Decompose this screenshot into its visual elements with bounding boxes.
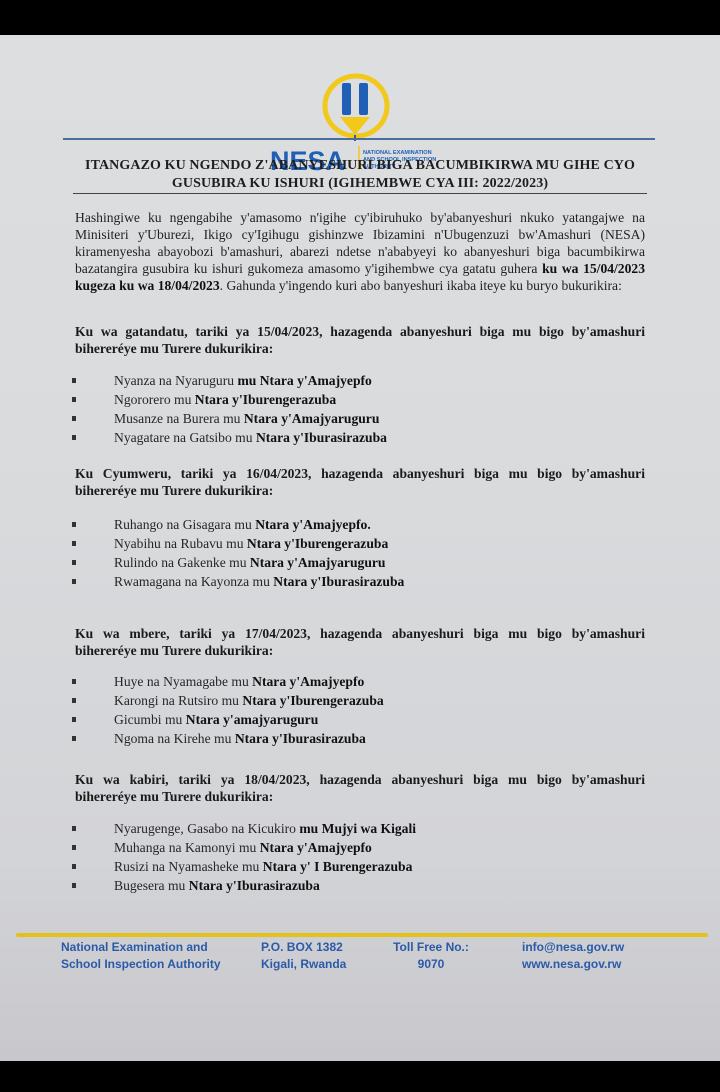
list-item: Nyarugenge, Gasabo na Kicukiro mu Mujyi … bbox=[72, 819, 592, 838]
bullet-icon bbox=[72, 717, 76, 722]
day-1-list: Nyanza na Nyaruguru mu Ntara y'Amajyepfo… bbox=[72, 371, 592, 447]
bullet-icon bbox=[72, 560, 76, 565]
footer-divider bbox=[16, 933, 708, 937]
list-item: Nyagatare na Gatsibo mu Ntara y'Iburasir… bbox=[72, 428, 592, 447]
bullet-icon bbox=[72, 679, 76, 684]
bullet-icon bbox=[72, 883, 76, 888]
bullet-icon bbox=[72, 397, 76, 402]
list-item: Rusizi na Nyamasheke mu Ntara y' I Buren… bbox=[72, 857, 592, 876]
list-item: Nyabihu na Rubavu mu Ntara y'Iburengeraz… bbox=[72, 534, 592, 553]
day-3-heading: Ku wa mbere, tariki ya 17/04/2023, hazag… bbox=[75, 625, 645, 659]
bullet-icon bbox=[72, 541, 76, 546]
bullet-icon bbox=[72, 826, 76, 831]
title-divider bbox=[73, 193, 647, 194]
footer-address: P.O. BOX 1382 Kigali, Rwanda bbox=[261, 939, 346, 973]
footer-toll-free: Toll Free No.: 9070 bbox=[392, 939, 470, 973]
bullet-icon bbox=[72, 378, 76, 383]
bullet-icon bbox=[72, 845, 76, 850]
document-title: ITANGAZO KU NGENDO Z'ABANYESHURI BIGA BA… bbox=[70, 157, 650, 193]
bullet-icon bbox=[72, 579, 76, 584]
list-item: Ruhango na Gisagara mu Ntara y'Amajyepfo… bbox=[72, 515, 592, 534]
logo-tagline-1: NATIONAL EXAMINATION bbox=[363, 150, 432, 156]
day-2-heading: Ku Cyumweru, tariki ya 16/04/2023, hazag… bbox=[75, 465, 645, 499]
list-item: Ngoma na Kirehe mu Ntara y'Iburasirazuba bbox=[72, 729, 592, 748]
list-item: Muhanga na Kamonyi mu Ntara y'Amajyepfo bbox=[72, 838, 592, 857]
bullet-icon bbox=[72, 522, 76, 527]
day-3-list: Huye na Nyamagabe mu Ntara y'Amajyepfo K… bbox=[72, 672, 592, 748]
list-item: Gicumbi mu Ntara y'amajyaruguru bbox=[72, 710, 592, 729]
list-item: Rwamagana na Kayonza mu Ntara y'Iburasir… bbox=[72, 572, 592, 591]
day-4-list: Nyarugenge, Gasabo na Kicukiro mu Mujyi … bbox=[72, 819, 592, 895]
day-1-heading: Ku wa gatandatu, tariki ya 15/04/2023, h… bbox=[75, 323, 645, 357]
title-line-2: GUSUBIRA KU ISHURI (IGIHEMBWE CYA III: 2… bbox=[70, 175, 650, 193]
day-4-heading: Ku wa kabiri, tariki ya 18/04/2023, haza… bbox=[75, 771, 645, 805]
bullet-icon bbox=[72, 736, 76, 741]
footer-contact: info@nesa.gov.rw www.nesa.gov.rw bbox=[522, 939, 624, 973]
bullet-icon bbox=[72, 864, 76, 869]
list-item: Huye na Nyamagabe mu Ntara y'Amajyepfo bbox=[72, 672, 592, 691]
list-item: Karongi na Rutsiro mu Ntara y'Iburengera… bbox=[72, 691, 592, 710]
list-item: Nyanza na Nyaruguru mu Ntara y'Amajyepfo bbox=[72, 371, 592, 390]
website-link[interactable]: www.nesa.gov.rw bbox=[522, 956, 624, 973]
footer-org: National Examination and School Inspecti… bbox=[61, 939, 221, 973]
list-item: Bugesera mu Ntara y'Iburasirazuba bbox=[72, 876, 592, 895]
bullet-icon bbox=[72, 698, 76, 703]
day-2-list: Ruhango na Gisagara mu Ntara y'Amajyepfo… bbox=[72, 515, 592, 591]
list-item: Ngororero mu Ntara y'Iburengerazuba bbox=[72, 390, 592, 409]
bullet-icon bbox=[72, 416, 76, 421]
title-line-1: ITANGAZO KU NGENDO Z'ABANYESHURI BIGA BA… bbox=[70, 157, 650, 175]
intro-paragraph: Hashingiwe ku ngengabihe y'amasomo n'igi… bbox=[75, 209, 645, 294]
bullet-icon bbox=[72, 435, 76, 440]
list-item: Musanze na Burera mu Ntara y'Amajyarugur… bbox=[72, 409, 592, 428]
document-page: NESA NATIONAL EXAMINATION AND SCHOOL INS… bbox=[0, 35, 720, 1061]
header-divider bbox=[63, 138, 655, 140]
email-link[interactable]: info@nesa.gov.rw bbox=[522, 939, 624, 956]
list-item: Rulindo na Gakenke mu Ntara y'Amajyarugu… bbox=[72, 553, 592, 572]
